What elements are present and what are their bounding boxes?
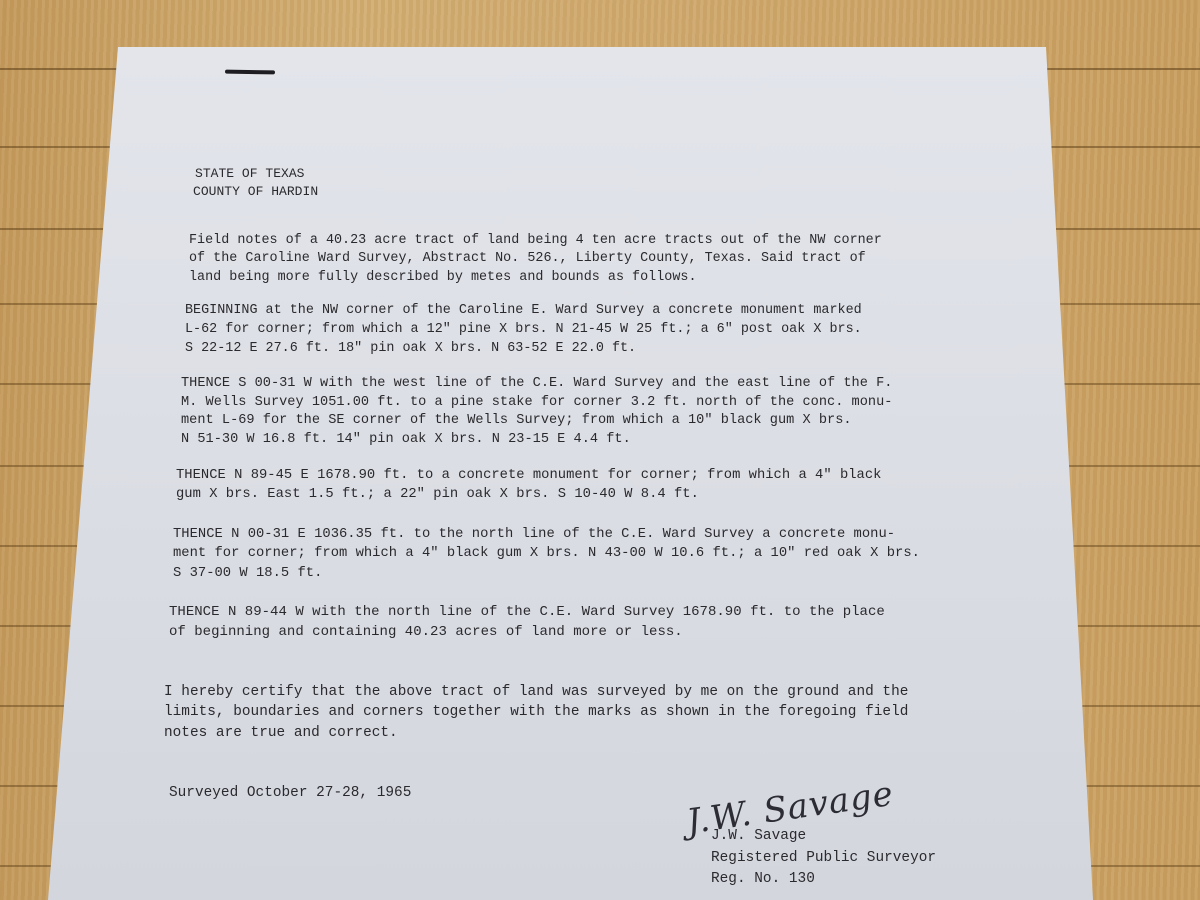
text-line: gum X brs. East 1.5 ft.; a 22" pin oak X… <box>176 488 699 502</box>
text-line: ment L-69 for the SE corner of the Wells… <box>181 414 852 428</box>
text-line: THENCE N 89-45 E 1678.90 ft. to a concre… <box>176 469 881 483</box>
text-line: L-62 for corner; from which a 12" pine X… <box>185 323 862 336</box>
pen-mark <box>225 70 275 75</box>
text-line: of the Caroline Ward Survey, Abstract No… <box>189 252 866 265</box>
surveyor-registration: Reg. No. 130 <box>711 872 815 886</box>
text-line: THENCE S 00-31 W with the west line of t… <box>181 377 892 391</box>
header-state: STATE OF TEXAS <box>195 167 305 180</box>
text-line: N 51-30 W 16.8 ft. 14" pin oak X brs. N … <box>181 433 631 447</box>
text-line: S 37-00 W 18.5 ft. <box>173 567 322 581</box>
typed-document-page <box>0 0 1200 900</box>
text-line: I hereby certify that the above tract of… <box>164 685 908 699</box>
text-line: S 22-12 E 27.6 ft. 18" pin oak X brs. N … <box>185 342 636 355</box>
text-line: of beginning and containing 40.23 acres … <box>169 625 683 639</box>
text-line: BEGINNING at the NW corner of the Caroli… <box>185 304 862 317</box>
text-line: Field notes of a 40.23 acre tract of lan… <box>189 234 882 247</box>
text-line: THENCE N 89-44 W with the north line of … <box>169 605 885 619</box>
text-line: M. Wells Survey 1051.00 ft. to a pine st… <box>181 396 892 410</box>
header-county: COUNTY OF HARDIN <box>193 185 318 198</box>
surveyor-name: J.W. Savage <box>711 829 806 843</box>
text-line: THENCE N 00-31 E 1036.35 ft. to the nort… <box>173 528 895 542</box>
text-line: ment for corner; from which a 4" black g… <box>173 547 920 561</box>
surveyor-title: Registered Public Surveyor <box>711 851 936 865</box>
text-line: land being more fully described by metes… <box>189 271 697 284</box>
survey-date: Surveyed October 27-28, 1965 <box>169 786 411 800</box>
text-line: notes are true and correct. <box>164 726 398 740</box>
text-line: limits, boundaries and corners together … <box>164 705 908 719</box>
